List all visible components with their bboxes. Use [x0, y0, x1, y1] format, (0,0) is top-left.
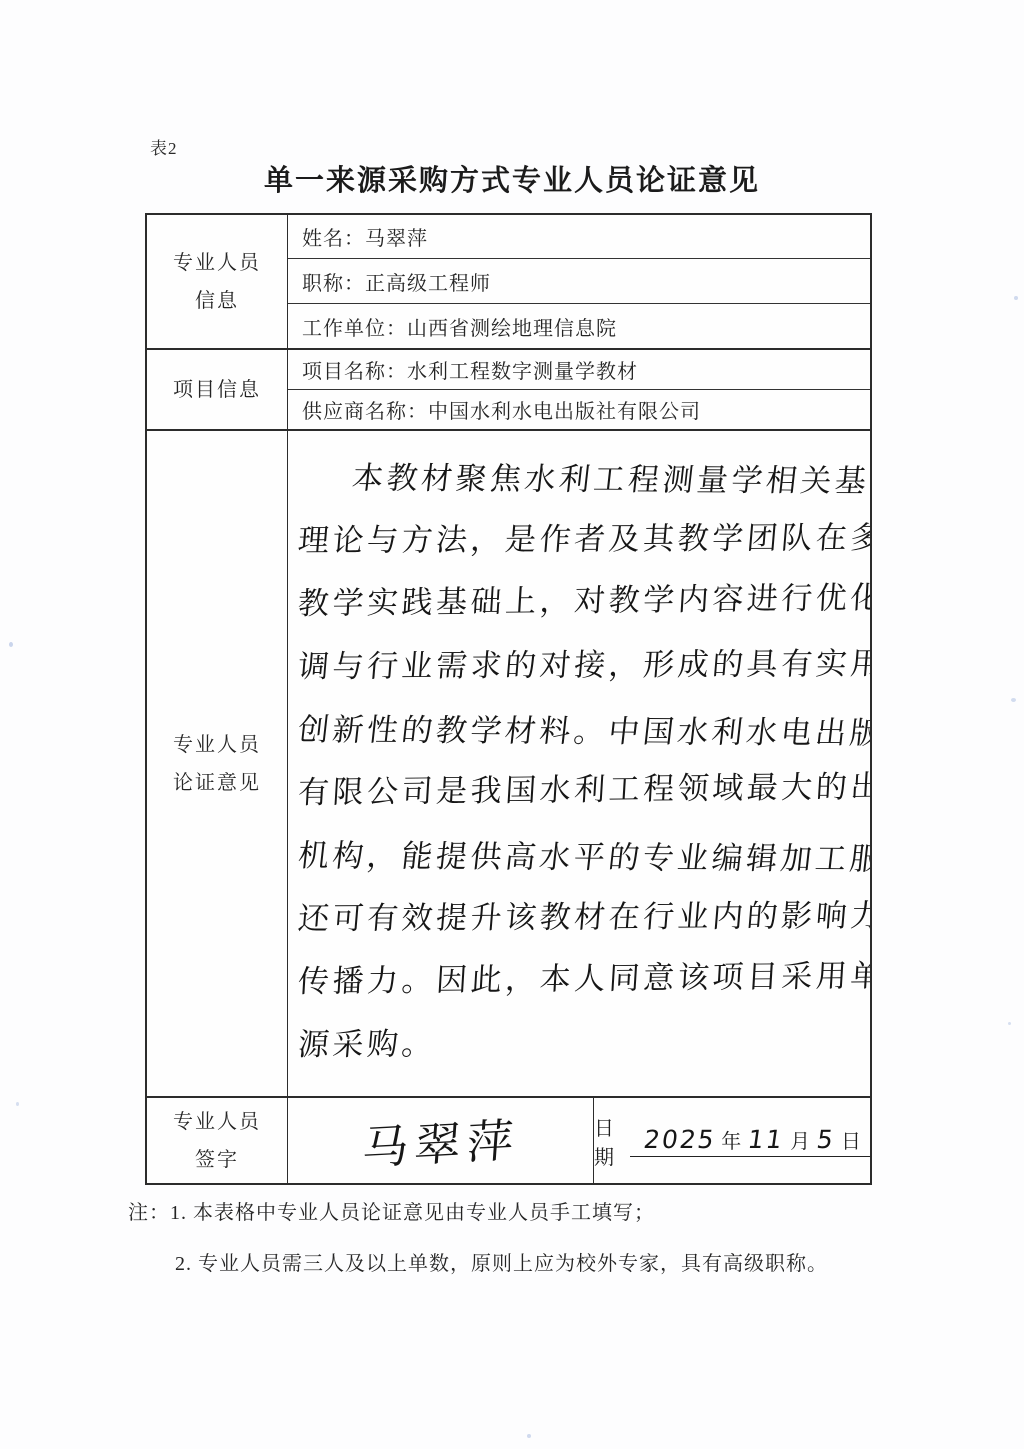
notes-prefix: 注： [128, 1196, 170, 1225]
field-project-name: 项目名称： 水利工程数字测量学教材 [288, 348, 870, 389]
handwritten-line: 源采购。 [295, 1011, 862, 1077]
date-underline: 2025 年 11 月 5 日 [630, 1125, 870, 1157]
scan-speck [9, 642, 13, 647]
signature-cell: 马翠萍 [288, 1098, 594, 1183]
field-label: 工作单位： [302, 312, 407, 341]
field-name: 姓名： 马翠萍 [288, 215, 870, 258]
field-label: 供应商名称： [302, 395, 428, 424]
form-table: 专业人员 信息 项目信息 专业人员 论证意见 专业人员 签字 姓名： 马翠萍 职… [145, 213, 872, 1185]
section-label-project-info: 项目信息 [147, 348, 288, 429]
handwritten-line: 还可有效提升该教材在行业内的影响力和 [295, 885, 862, 951]
section-label-line: 专业人员 [173, 1103, 261, 1141]
date-cell: 日期 2025 年 11 月 5 日 [594, 1098, 870, 1183]
form-number-tag: 表2 [150, 134, 178, 159]
field-value: 水利工程数字测量学教材 [407, 355, 638, 384]
field-value: 中国水利水电出版社有限公司 [428, 395, 701, 424]
scan-speck [527, 1434, 531, 1438]
handwritten-line: 创新性的教学材料。中国水利水电出版社 [294, 699, 863, 765]
scan-speck [1011, 698, 1016, 702]
day-unit: 日 [841, 1125, 862, 1154]
field-supplier-name: 供应商名称： 中国水利水电出版社有限公司 [288, 389, 870, 429]
month-unit: 月 [790, 1125, 811, 1154]
section-label-opinion: 专业人员 论证意见 [147, 429, 288, 1096]
footnotes: 注： 1. 本表格中专业人员论证意见由专业人员手工填写； 2. 专业人员需三人及… [128, 1196, 908, 1276]
scan-speck [1008, 1022, 1011, 1025]
field-value: 马翠萍 [365, 222, 428, 251]
field-label: 项目名称： [302, 355, 407, 384]
note-item-1: 1. 本表格中专业人员论证意见由专业人员手工填写； [170, 1196, 655, 1225]
handwritten-line: 调与行业需求的对接，形成的具有实用性和 [295, 633, 862, 699]
scan-speck [1014, 296, 1018, 300]
section-label-signature: 专业人员 签字 [147, 1096, 288, 1183]
section-label-line: 专业人员 [173, 244, 261, 282]
handwritten-opinion: 本教材聚焦水利工程测量学相关基础 理论与方法，是作者及其教学团队在多年的 教学实… [288, 429, 870, 1096]
handwritten-line: 教学实践基础上，对教学内容进行优化，强 [296, 567, 862, 636]
handwritten-line: 传播力。因此，本人同意该项目采用单一来 [296, 945, 862, 1014]
section-label-line: 论证意见 [173, 764, 261, 802]
handwritten-year: 2025 [636, 1125, 724, 1154]
handwritten-line: 机构，能提供高水平的专业编辑加工服务， [294, 825, 863, 891]
signature-row: 马翠萍 日期 2025 年 11 月 5 日 [288, 1096, 870, 1183]
handwritten-line: 本教材聚焦水利工程测量学相关基础 [294, 447, 863, 513]
field-job-title: 职称： 正高级工程师 [288, 258, 870, 303]
date-label: 日期 [594, 1112, 628, 1170]
section-label-line: 签字 [195, 1141, 239, 1179]
handwritten-day: 5 [809, 1125, 843, 1154]
section-label-line: 信息 [195, 282, 239, 320]
field-value: 山西省测绘地理信息院 [407, 312, 617, 341]
field-label: 职称： [302, 267, 365, 296]
year-unit: 年 [721, 1125, 742, 1154]
field-label: 姓名： [302, 222, 365, 251]
section-label-personnel-info: 专业人员 信息 [147, 215, 288, 348]
handwritten-signature: 马翠萍 [360, 1103, 521, 1177]
field-work-unit: 工作单位： 山西省测绘地理信息院 [288, 303, 870, 348]
handwritten-month: 11 [740, 1125, 792, 1154]
note-item-2: 2. 专业人员需三人及以上单数，原则上应为校外专家，具有高级职称。 [128, 1247, 908, 1276]
handwritten-line: 有限公司是我国水利工程领域最大的出版 [296, 756, 862, 825]
section-label-line: 专业人员 [173, 726, 261, 764]
page-title: 单一来源采购方式专业人员论证意见 [0, 158, 1024, 199]
scan-speck [16, 1102, 19, 1106]
field-value: 正高级工程师 [365, 267, 491, 296]
section-label-line: 项目信息 [173, 371, 261, 409]
handwritten-line: 理论与方法，是作者及其教学团队在多年的 [295, 507, 862, 573]
